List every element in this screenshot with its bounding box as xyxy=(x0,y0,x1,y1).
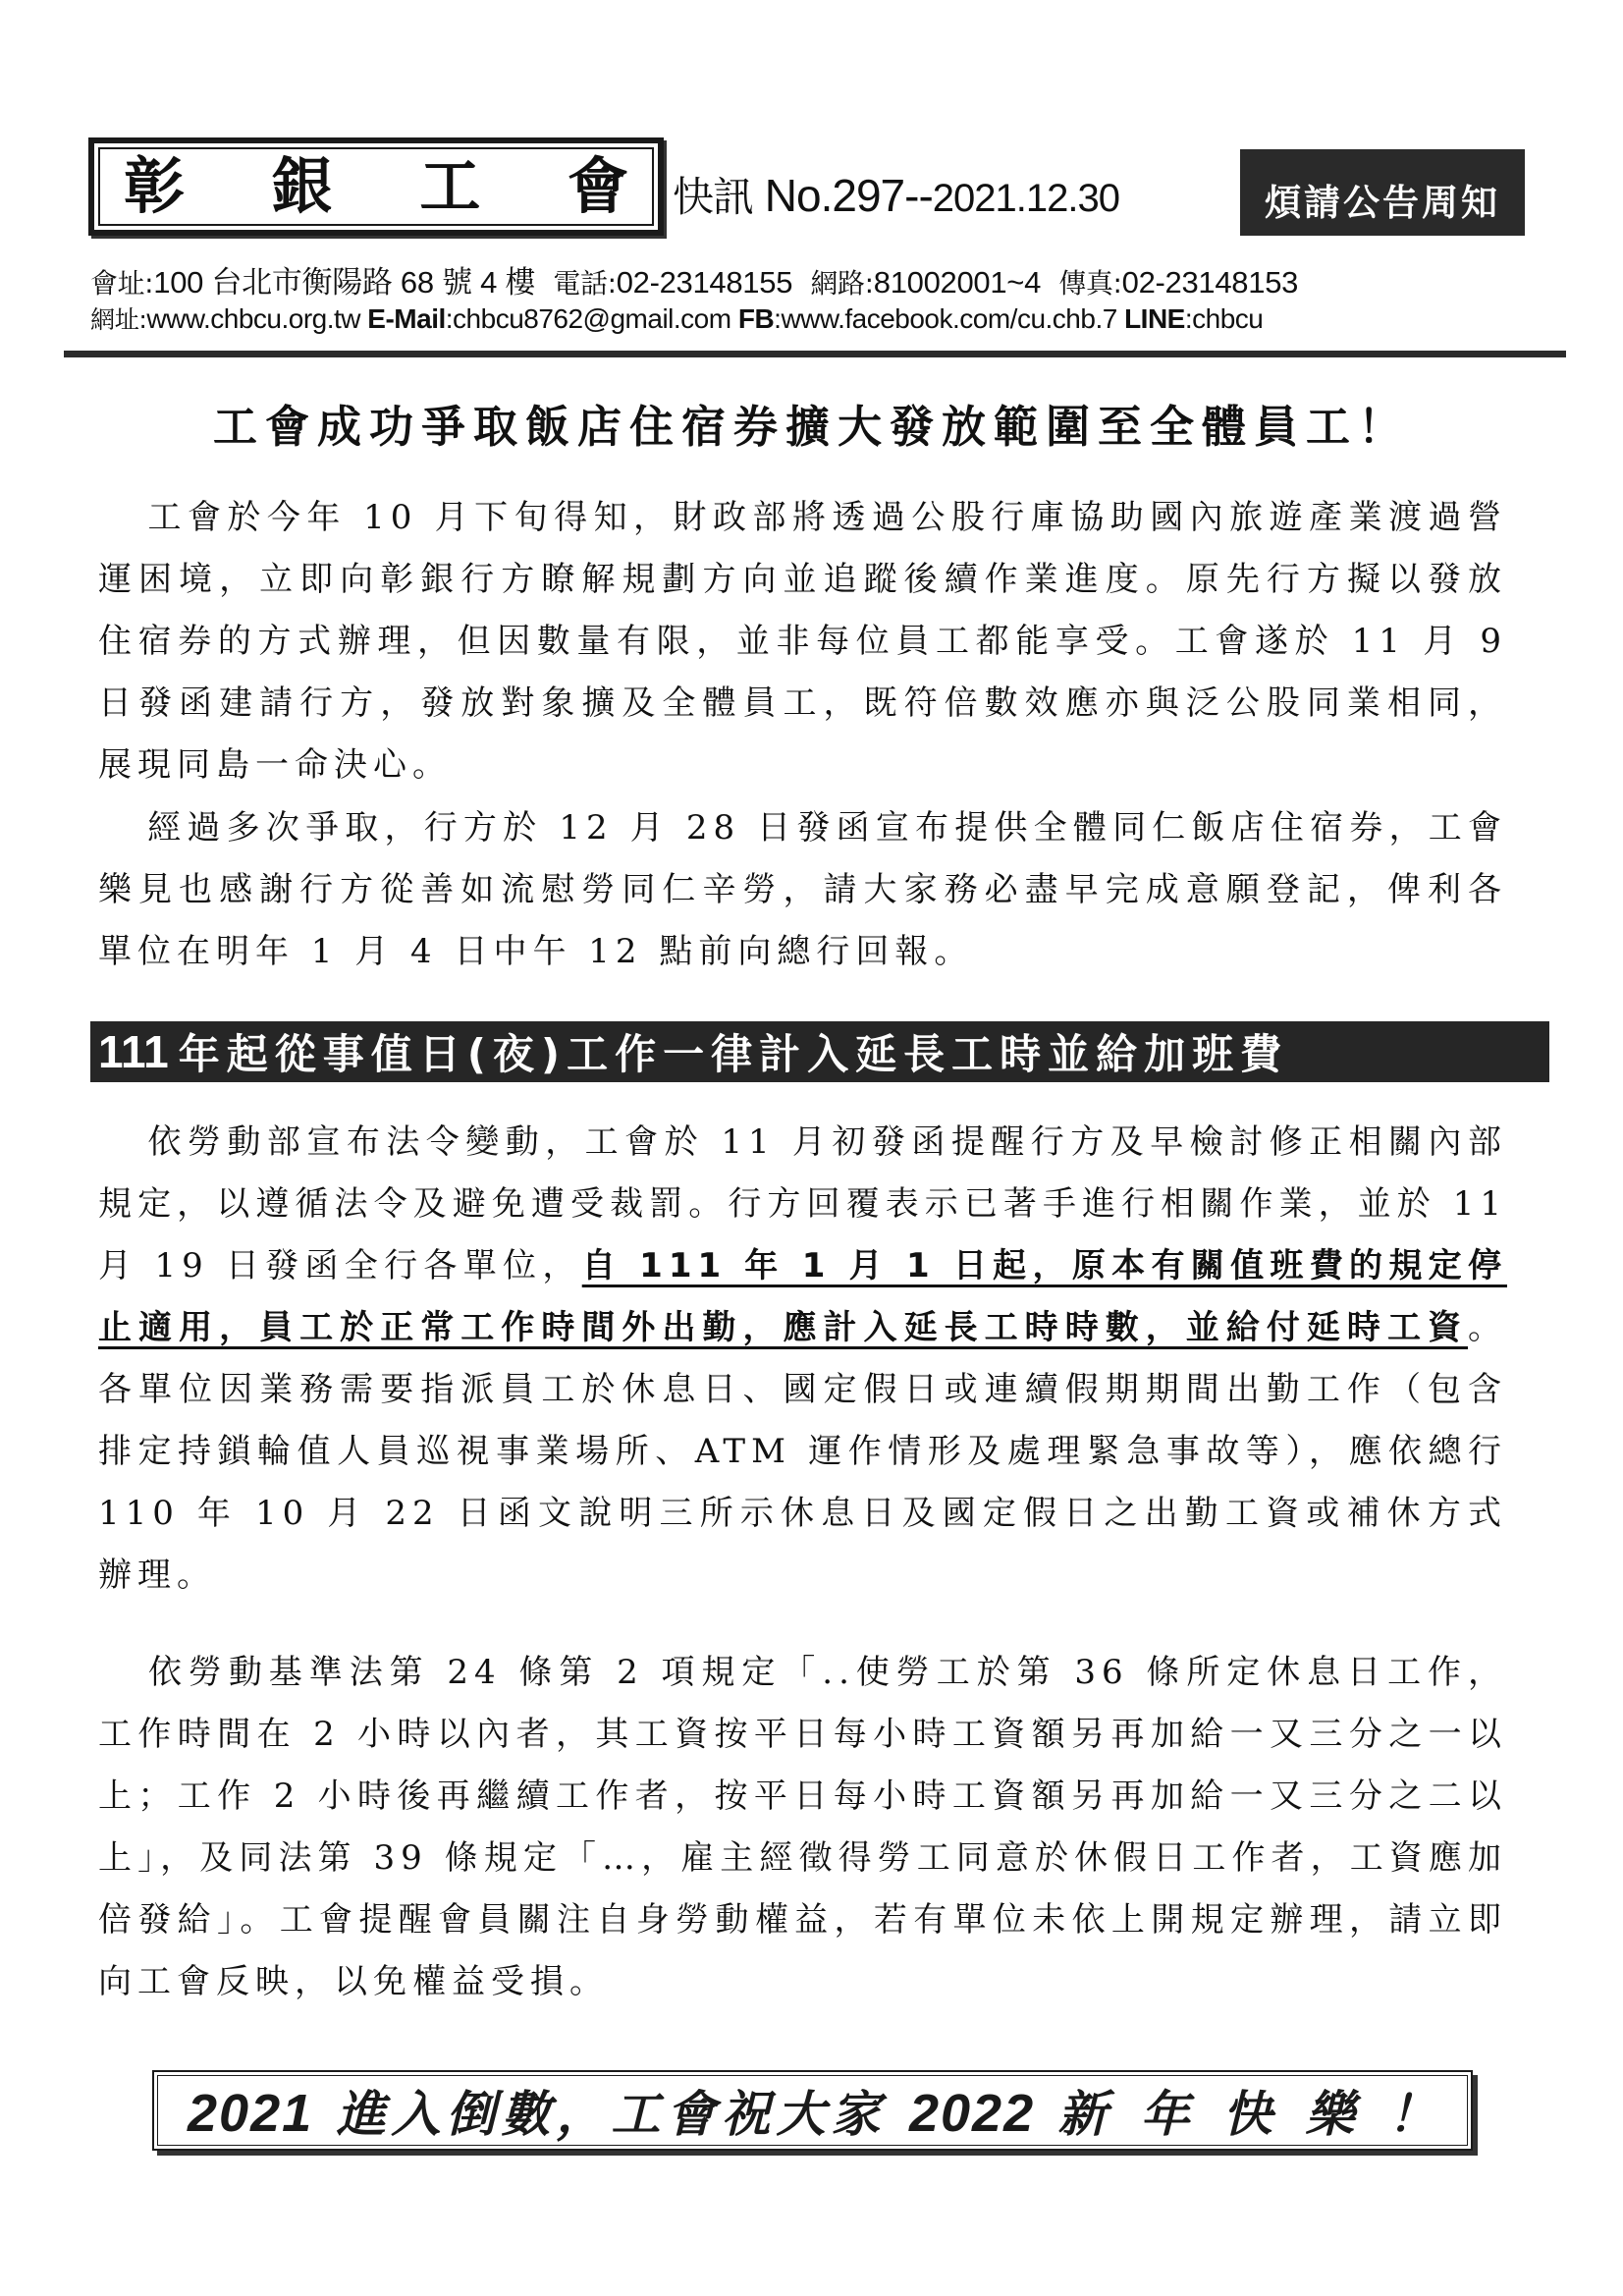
headline-year: 111 xyxy=(98,1025,169,1078)
fax-value: 02-23148153 xyxy=(1122,265,1298,300)
issue-number: No.297-- xyxy=(765,170,933,221)
address-label: 會址: xyxy=(90,267,153,300)
paragraph-text: 依勞動基準法第 24 條第 2 項規定「..使勞工於第 36 條所定休息日工作，… xyxy=(98,1653,1507,2001)
facebook-label: FB xyxy=(738,303,774,334)
contact-address-line: 會址:100 台北市衡陽路 68 號 4 樓 電話:02-23148155 網路… xyxy=(90,257,1298,301)
contact-web-line: 網址:www.chbcu.org.tw E-Mail:chbcu8762@gma… xyxy=(90,301,1263,336)
article-2-headline: 年起從事值日(夜)工作一律計入延長工時並給加班費 xyxy=(179,1022,1288,1081)
masthead-char: 會 xyxy=(568,156,628,217)
masthead-title-box: 彰 銀 工 會 xyxy=(88,137,664,236)
network-value: 81002001~4 xyxy=(874,265,1041,300)
website-link[interactable]: www.chbcu.org.tw xyxy=(146,303,360,334)
phone-label: 電話: xyxy=(543,267,616,300)
fax-label: 傳真: xyxy=(1049,267,1121,300)
exclamation: ！ xyxy=(1388,2086,1443,2143)
address-value: 100 台北市衡陽路 68 號 4 樓 xyxy=(153,265,535,300)
article-2-headline-bar: 111 年起從事值日(夜)工作一律計入延長工時並給加班費 xyxy=(90,1021,1549,1082)
masthead-char: 工 xyxy=(419,156,480,217)
article-1-headline: 工會成功爭取飯店住宿券擴大發放範圍至全體員工！ xyxy=(0,391,1623,455)
article-2-paragraph-1: 依勞動部宣布法令變動，工會於 11 月初發函提醒行方及早檢討修正相關內部規定，以… xyxy=(98,1112,1507,1607)
flash-label: 快訊 xyxy=(673,173,753,221)
issue-date: 2021.12.30 xyxy=(933,177,1119,220)
email-link[interactable]: :chbcu8762@gmail.com xyxy=(446,303,731,334)
line-label: LINE xyxy=(1124,303,1185,334)
greeting-text: 進入倒數，工會祝大家 xyxy=(337,2086,887,2143)
website-label: 網址: xyxy=(90,305,146,334)
article-2-paragraph-2: 依勞動基準法第 24 條第 2 項規定「..使勞工於第 36 條所定休息日工作，… xyxy=(98,1642,1507,2013)
new-year-banner: 2021 進入倒數，工會祝大家 2022 新年快樂！ xyxy=(152,2070,1473,2151)
network-label: 網路: xyxy=(800,267,873,300)
paragraph-text: 經過多次爭取，行方於 12 月 28 日發函宣布提供全體同仁飯店住宿券，工會樂見… xyxy=(98,808,1507,971)
facebook-link[interactable]: :www.facebook.com/cu.chb.7 xyxy=(774,303,1117,334)
year-next: 2022 xyxy=(909,2084,1035,2143)
issue-line: 快訊 No.297--2021.12.30 xyxy=(673,173,1119,218)
article-1-paragraph-1: 工會於今年 10 月下旬得知，財政部將透過公股行庫協助國內旅遊產業渡過營運困境，… xyxy=(98,487,1507,796)
masthead-char: 銀 xyxy=(272,156,333,217)
new-year-greeting: 2021 進入倒數，工會祝大家 2022 新年快樂！ xyxy=(188,2075,1443,2146)
paragraph-text: 工會於今年 10 月下旬得知，財政部將透過公股行庫協助國內旅遊產業渡過營運困境，… xyxy=(98,498,1507,785)
masthead-char: 彰 xyxy=(124,156,185,217)
notice-badge: 煩請公告周知 xyxy=(1240,149,1525,236)
article-1-paragraph-2: 經過多次爭取，行方於 12 月 28 日發函宣布提供全體同仁飯店住宿券，工會樂見… xyxy=(98,797,1507,983)
header-divider xyxy=(64,351,1566,357)
year-current: 2021 xyxy=(188,2084,313,2143)
phone-value: 02-23148155 xyxy=(617,265,792,300)
greeting-wish: 新年快樂 xyxy=(1058,2086,1388,2143)
email-label: E-Mail xyxy=(367,303,445,334)
line-id: :chbcu xyxy=(1185,303,1264,334)
paragraph-text: 。各單位因業務需要指派員工於休息日、國定假日或連續假期期間出勤工作（包含排定持鎖… xyxy=(98,1308,1507,1595)
